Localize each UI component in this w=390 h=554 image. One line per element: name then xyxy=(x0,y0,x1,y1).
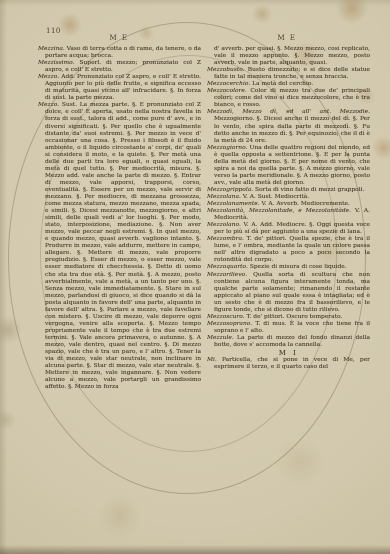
scanned-dictionary-page: 110 M E M E Mezzina. Vaso di terra cotta… xyxy=(0,0,390,554)
entry-body: . V. A. Sust. Mediocrità. xyxy=(239,194,309,200)
dictionary-entry: Mezzogiorno. Una delle quattro regioni d… xyxy=(207,145,370,187)
dictionary-entry: Mi. Particella, che si pone in vece di M… xyxy=(207,357,370,371)
headword: Mezzoquarto xyxy=(207,264,246,270)
headword: Mezzo xyxy=(38,74,57,80)
right-column: d' avverb. per quasi. §. Mezzo mezzo, co… xyxy=(207,46,370,466)
headword: Mezzolanamente xyxy=(207,201,258,207)
section-header-mi: M I xyxy=(207,350,370,357)
dictionary-entry: Mezzoscuro. T. de' pittori. Oscuro tempe… xyxy=(207,314,370,321)
dictionary-entry: Mezzosoprano. T. di mus. È la voce che t… xyxy=(207,321,370,335)
dictionary-entry: Mezzo. Sust. La mezza parte. §. E pronun… xyxy=(38,102,201,391)
dictionary-entry: Mezzolanità, Mezzolanitade, e Mezzolanit… xyxy=(207,208,370,222)
dictionary-entry: Mezzogrippola. Sorta di vino fatto di me… xyxy=(207,187,370,194)
entry-body: . V. A. Avverb. Mediocremente. xyxy=(258,201,350,207)
headword: Mezzo xyxy=(38,102,57,108)
entry-body: . Spezie di misura di cose liquide. xyxy=(246,264,347,270)
headword: Mi xyxy=(207,357,215,363)
entry-body: . Sust. La mezza parte. §. E pronunziato… xyxy=(45,102,201,390)
entry-body: . Vaso di terra cotta o di rame, da tene… xyxy=(45,46,201,59)
dictionary-entry: Mezzodì, Mezzo dì, ed all' ant. Mezzodie… xyxy=(207,109,370,144)
dictionary-entry: Mezzocolore. Color di mezzo tra due de' … xyxy=(207,88,370,109)
entry-body: . La metà del cerchio. xyxy=(248,81,313,87)
dictionary-entry: Mezzoquarto. Spezie di misura di cose li… xyxy=(207,264,370,271)
entry-body: . Particella, che si pone in vece di Me,… xyxy=(214,357,370,370)
headword: Mezzobusto xyxy=(207,67,243,73)
headword: Mezzosoprano xyxy=(207,321,250,327)
headword: Mezzina xyxy=(38,46,63,52)
entry-body: . Add. Pronunziato col Z aspro, e coll' … xyxy=(45,74,201,101)
headword: Mezzocolore xyxy=(207,88,245,94)
dictionary-entry: Mezzolano. V. A. Add. Mediocre. §. Oggi … xyxy=(207,222,370,236)
headword: Mezzogiorno xyxy=(207,145,246,151)
dictionary-entry: Mezzorilievo. Quella sorta di scultura c… xyxy=(207,272,370,314)
text-columns: Mezzina. Vaso di terra cotta o di rame, … xyxy=(38,46,370,466)
headword: Mezzolanità, Mezzolanitade, e Mezzolanit… xyxy=(207,208,349,214)
headword: Mezzoscuro xyxy=(207,314,243,320)
running-head-right: M E xyxy=(257,34,317,42)
headword: Mezzombra xyxy=(207,236,242,242)
dictionary-entry: Mezzina. Vaso di terra cotta o di rame, … xyxy=(38,46,201,60)
page-number: 110 xyxy=(46,27,61,35)
entry-body: . T. de' pittori. Oscuro temperato. xyxy=(243,314,343,320)
dictionary-entry: Mezzule. La parte di mezzo del fondo din… xyxy=(207,335,370,349)
headword: Mezzissimo xyxy=(38,60,73,66)
dictionary-entry: Mezzissimo. Superl. di mezzo; pronunziat… xyxy=(38,60,201,74)
dictionary-entry: Mezzo. Add. Pronunziato col Z aspro, e c… xyxy=(38,74,201,102)
entry-body: . Quella sorta di scultura che non conti… xyxy=(214,272,370,313)
entry-continuation: d' avverb. per quasi. §. Mezzo mezzo, co… xyxy=(207,46,370,67)
headword: Mezzogrippola xyxy=(207,187,251,193)
headword: Mezzodì, Mezzo dì, ed all' ant. Mezzodie xyxy=(207,109,368,115)
dictionary-entry: Mezzolana. V. A. Sust. Mediocrità. xyxy=(207,194,370,201)
headword: Mezzule xyxy=(207,335,232,341)
entry-body: . Sorta di vino fatto di mezzi grappoli. xyxy=(251,187,364,193)
headword: Mezzorilievo xyxy=(207,272,245,278)
entry-body: . La parte di mezzo del fondo dinanzi de… xyxy=(214,335,370,348)
entry-body: . Una delle quattro regioni del mondo, e… xyxy=(214,145,370,186)
dictionary-entry: Mezzombra. T. de' pittori. Quella spezie… xyxy=(207,236,370,264)
dictionary-entry: Mezzobusto. Busto dimezzato; e si dice d… xyxy=(207,67,370,81)
running-head-left: M E xyxy=(89,34,149,42)
headword: Mezzocerchio xyxy=(207,81,248,87)
left-column: Mezzina. Vaso di terra cotta o di rame, … xyxy=(38,46,201,466)
headword: Mezzolano xyxy=(207,222,239,228)
headword: Mezzolana xyxy=(207,194,239,200)
